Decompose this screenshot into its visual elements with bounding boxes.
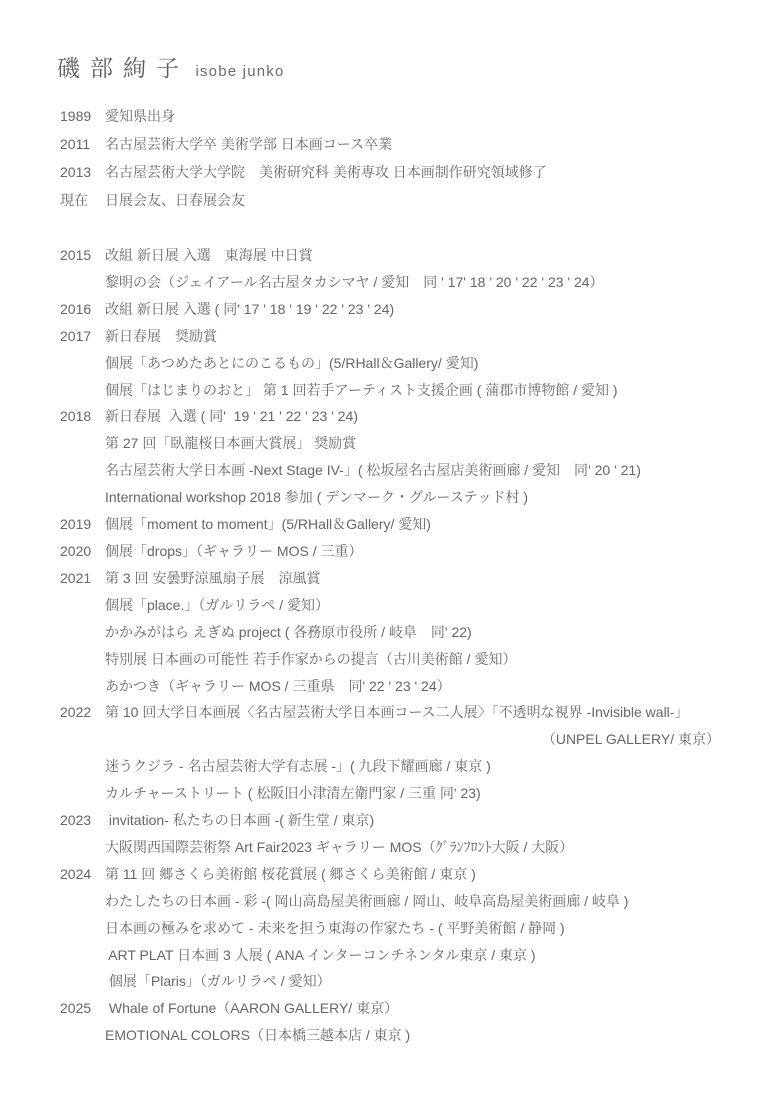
exhibition-text: 新日春展 奨励賞	[105, 323, 780, 350]
exhibition-text: 個展「Plaris」（ガルリラペ / 愛知）	[105, 968, 780, 995]
exhibition-row: 大阪関西国際芸術祭 Art Fair2023 ギャラリー MOS（ｸﾞﾗﾝﾌﾛﾝ…	[60, 834, 780, 861]
exhibition-row: 2023 invitation- 私たちの日本画 -( 新生堂 / 東京)	[60, 807, 780, 834]
exhibition-text: （UNPEL GALLERY/ 東京）	[105, 726, 780, 753]
exhibition-row-right-aligned: （UNPEL GALLERY/ 東京）	[60, 726, 780, 753]
exhibition-year	[60, 942, 105, 969]
exhibition-text: 黎明の会（ジェイアール名古屋タカシマヤ / 愛知 同 ' 17' 18 ' 20…	[105, 269, 780, 296]
exhibition-row: 黎明の会（ジェイアール名古屋タカシマヤ / 愛知 同 ' 17' 18 ' 20…	[60, 269, 780, 296]
exhibition-row: 2021 第 3 回 安曇野涼風扇子展 涼風賞	[60, 565, 780, 592]
exhibition-row: カルチャーストリート ( 松阪旧小津清左衛門家 / 三重 同' 23)	[60, 780, 780, 807]
exhibition-year	[60, 888, 105, 915]
exhibition-row: 第 27 回「臥龍桜日本画大賞展」 奨励賞	[60, 430, 780, 457]
bio-year: 2011	[60, 130, 105, 158]
exhibition-text: 個展「moment to moment」(5/RHall＆Gallery/ 愛知…	[105, 511, 780, 538]
bio-row: 1989 愛知県出身	[60, 102, 780, 130]
exhibition-year	[60, 968, 105, 995]
exhibition-text: 個展「あつめたあとにのこるもの」(5/RHall＆Gallery/ 愛知)	[105, 350, 780, 377]
bio-section: 1989 愛知県出身 2011 名古屋芸術大学卒 美術学部 日本画コース卒業 2…	[60, 102, 780, 214]
exhibition-year	[60, 619, 105, 646]
bio-text: 日展会友、日春展会友	[105, 186, 780, 214]
exhibition-year: 2022	[60, 699, 105, 726]
exhibition-row: あかつき（ギャラリー MOS / 三重県 同' 22 ' 23 ' 24）	[60, 673, 780, 700]
exhibition-year	[60, 457, 105, 484]
exhibition-year	[60, 1022, 105, 1049]
exhibition-year	[60, 834, 105, 861]
artist-name-kanji: 磯部絢子	[57, 55, 189, 81]
exhibition-text: 改組 新日展 入選 東海展 中日賞	[105, 242, 780, 269]
exhibition-text: あかつき（ギャラリー MOS / 三重県 同' 22 ' 23 ' 24）	[105, 673, 780, 700]
bio-year: 1989	[60, 102, 105, 130]
exhibition-text: 第 11 回 郷さくら美術館 桜花賞展 ( 郷さくら美術館 / 東京 )	[105, 861, 780, 888]
exhibition-row: 名古屋芸術大学日本画 -Next Stage IV-」( 松坂屋名古屋店美術画廊…	[60, 457, 780, 484]
exhibition-year	[60, 646, 105, 673]
exhibition-year	[60, 592, 105, 619]
exhibition-row: 2017 新日春展 奨励賞	[60, 323, 780, 350]
exhibition-text: かかみがはら えぎぬ project ( 各務原市役所 / 岐阜 同' 22)	[105, 619, 780, 646]
exhibition-year: 2021	[60, 565, 105, 592]
exhibition-text: 個展「place.」（ガルリラペ / 愛知）	[105, 592, 780, 619]
exhibition-text: 大阪関西国際芸術祭 Art Fair2023 ギャラリー MOS（ｸﾞﾗﾝﾌﾛﾝ…	[105, 834, 780, 861]
exhibition-text: ART PLAT 日本画 3 人展 ( ANA インターコンチネンタル東京 / …	[105, 942, 780, 969]
exhibition-year	[60, 726, 105, 753]
exhibition-text: 名古屋芸術大学日本画 -Next Stage IV-」( 松坂屋名古屋店美術画廊…	[105, 457, 780, 484]
bio-text: 名古屋芸術大学大学院 美術研究科 美術専攻 日本画制作研究領域修了	[105, 158, 780, 186]
exhibition-year	[60, 430, 105, 457]
exhibition-text: 特別展 日本画の可能性 若手作家からの提言（古川美術館 / 愛知）	[105, 646, 780, 673]
exhibition-year: 2025	[60, 995, 105, 1022]
exhibition-row: 個展「place.」（ガルリラペ / 愛知）	[60, 592, 780, 619]
exhibition-year: 2016	[60, 296, 105, 323]
exhibition-row: 個展「あつめたあとにのこるもの」(5/RHall＆Gallery/ 愛知)	[60, 350, 780, 377]
page-title: 磯部絢子 isobe junko	[0, 0, 780, 83]
exhibition-text: 個展「drops」（ギャラリー MOS / 三重）	[105, 538, 780, 565]
exhibition-text: 第 10 回大学日本画展〈名古屋芸術大学日本画コース二人展〉「不透明な視界 -I…	[105, 699, 780, 726]
exhibition-year	[60, 673, 105, 700]
exhibition-row: 迷うクジラ - 名古屋芸術大学有志展 -」( 九段下耀画廊 / 東京 )	[60, 753, 780, 780]
exhibition-row: 2018 新日春展 入選 ( 同' 19 ' 21 ' 22 ' 23 ' 24…	[60, 403, 780, 430]
exhibition-text: 第 27 回「臥龍桜日本画大賞展」 奨励賞	[105, 430, 780, 457]
exhibition-text: 個展「はじまりのおと」 第 1 回若手アーティスト支援企画 ( 蒲郡市博物館 /…	[105, 377, 780, 404]
exhibition-row: EMOTIONAL COLORS（日本橋三越本店 / 東京 )	[60, 1022, 780, 1049]
exhibition-text: Whale of Fortune（AARON GALLERY/ 東京）	[105, 995, 780, 1022]
bio-year: 2013	[60, 158, 105, 186]
exhibition-text: invitation- 私たちの日本画 -( 新生堂 / 東京)	[105, 807, 780, 834]
exhibition-row: 個展「Plaris」（ガルリラペ / 愛知）	[60, 968, 780, 995]
bio-row: 2013 名古屋芸術大学大学院 美術研究科 美術専攻 日本画制作研究領域修了	[60, 158, 780, 186]
exhibition-text: 改組 新日展 入選 ( 同' 17 ' 18 ' 19 ' 22 ' 23 ' …	[105, 296, 780, 323]
bio-row: 2011 名古屋芸術大学卒 美術学部 日本画コース卒業	[60, 130, 780, 158]
exhibition-text: わたしたちの日本画 - 彩 -( 岡山高島屋美術画廊 / 岡山、岐阜高島屋美術画…	[105, 888, 780, 915]
exhibition-text: 新日春展 入選 ( 同' 19 ' 21 ' 22 ' 23 ' 24)	[105, 403, 780, 430]
exhibition-row: わたしたちの日本画 - 彩 -( 岡山高島屋美術画廊 / 岡山、岐阜高島屋美術画…	[60, 888, 780, 915]
exhibition-text: カルチャーストリート ( 松阪旧小津清左衛門家 / 三重 同' 23)	[105, 780, 780, 807]
exhibition-year: 2015	[60, 242, 105, 269]
exhibition-year: 2024	[60, 861, 105, 888]
bio-text: 愛知県出身	[105, 102, 780, 130]
exhibition-year	[60, 269, 105, 296]
exhibition-section: 2015 改組 新日展 入選 東海展 中日賞 黎明の会（ジェイアール名古屋タカシ…	[60, 242, 780, 1049]
exhibition-year	[60, 753, 105, 780]
exhibition-text: International workshop 2018 参加 ( デンマーク・グ…	[105, 484, 780, 511]
exhibition-year	[60, 780, 105, 807]
exhibition-row: かかみがはら えぎぬ project ( 各務原市役所 / 岐阜 同' 22)	[60, 619, 780, 646]
exhibition-year	[60, 915, 105, 942]
exhibition-row: 日本画の極みを求めて - 未来を担う東海の作家たち - ( 平野美術館 / 静岡…	[60, 915, 780, 942]
exhibition-row: 2019 個展「moment to moment」(5/RHall＆Galler…	[60, 511, 780, 538]
exhibition-row: 2024 第 11 回 郷さくら美術館 桜花賞展 ( 郷さくら美術館 / 東京 …	[60, 861, 780, 888]
exhibition-row: 2025 Whale of Fortune（AARON GALLERY/ 東京）	[60, 995, 780, 1022]
exhibition-text: 第 3 回 安曇野涼風扇子展 涼風賞	[105, 565, 780, 592]
exhibition-text: 日本画の極みを求めて - 未来を担う東海の作家たち - ( 平野美術館 / 静岡…	[105, 915, 780, 942]
exhibition-year	[60, 377, 105, 404]
exhibition-row: 特別展 日本画の可能性 若手作家からの提言（古川美術館 / 愛知）	[60, 646, 780, 673]
exhibition-text: 迷うクジラ - 名古屋芸術大学有志展 -」( 九段下耀画廊 / 東京 )	[105, 753, 780, 780]
exhibition-row: International workshop 2018 参加 ( デンマーク・グ…	[60, 484, 780, 511]
bio-row: 現在 日展会友、日春展会友	[60, 186, 780, 214]
exhibition-row: 2020 個展「drops」（ギャラリー MOS / 三重）	[60, 538, 780, 565]
exhibition-year: 2020	[60, 538, 105, 565]
cv-page: 磯部絢子 isobe junko 1989 愛知県出身 2011 名古屋芸術大学…	[0, 0, 780, 1094]
exhibition-row: 2016 改組 新日展 入選 ( 同' 17 ' 18 ' 19 ' 22 ' …	[60, 296, 780, 323]
exhibition-year: 2019	[60, 511, 105, 538]
exhibition-row: 2015 改組 新日展 入選 東海展 中日賞	[60, 242, 780, 269]
exhibition-year: 2018	[60, 403, 105, 430]
exhibition-row: ART PLAT 日本画 3 人展 ( ANA インターコンチネンタル東京 / …	[60, 942, 780, 969]
exhibition-year	[60, 484, 105, 511]
exhibition-row: 2022 第 10 回大学日本画展〈名古屋芸術大学日本画コース二人展〉「不透明な…	[60, 699, 780, 726]
bio-year: 現在	[60, 186, 105, 214]
exhibition-year: 2017	[60, 323, 105, 350]
exhibition-year: 2023	[60, 807, 105, 834]
exhibition-year	[60, 350, 105, 377]
artist-name-romaji: isobe junko	[195, 63, 284, 80]
bio-text: 名古屋芸術大学卒 美術学部 日本画コース卒業	[105, 130, 780, 158]
exhibition-row: 個展「はじまりのおと」 第 1 回若手アーティスト支援企画 ( 蒲郡市博物館 /…	[60, 377, 780, 404]
exhibition-text: EMOTIONAL COLORS（日本橋三越本店 / 東京 )	[105, 1022, 780, 1049]
